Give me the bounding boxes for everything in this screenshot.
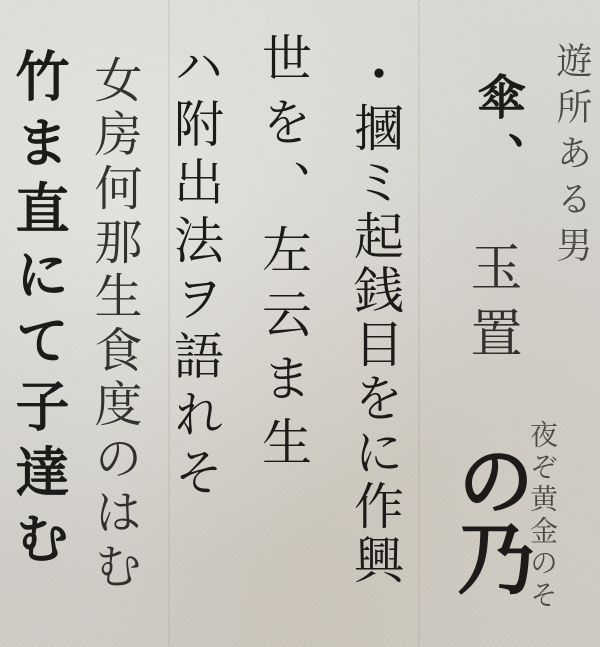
text-column-4: 世を、左云ま生 bbox=[258, 32, 308, 480]
text-column-2-middle: 玉置 bbox=[465, 240, 517, 372]
text-column-5: ハ附出法ヲ語れそ bbox=[170, 40, 220, 504]
paper-crease bbox=[418, 0, 420, 647]
text-column-7: 竹ま直にて子達む bbox=[12, 48, 66, 576]
text-column-6: 女房何那生食度のはむ bbox=[90, 55, 138, 595]
text-column-3: ・摑ミ起銭目をに作興 bbox=[350, 48, 400, 588]
text-column-2-large: の乃 bbox=[450, 440, 528, 596]
calligraphy-paper: 遊所ある男 夜ぞ黄金のそ 傘、 玉置 の乃 ・摑ミ起銭目をに作興 世を、左云ま生… bbox=[0, 0, 600, 647]
text-column-1: 遊所ある男 bbox=[553, 42, 589, 272]
text-column-2: 傘、 bbox=[473, 72, 521, 192]
